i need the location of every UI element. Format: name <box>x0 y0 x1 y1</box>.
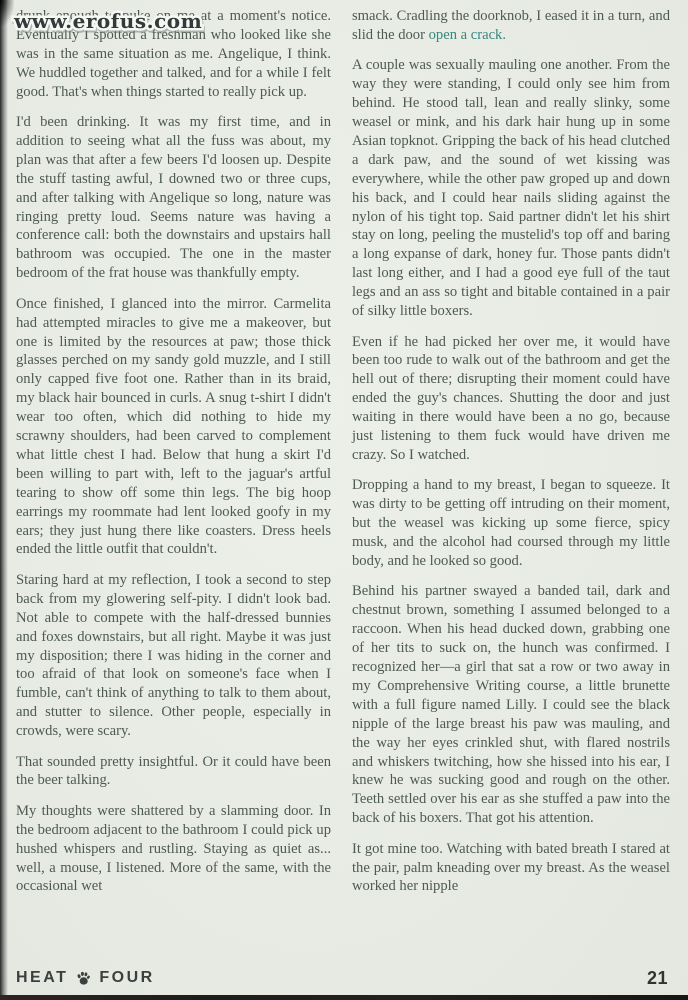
magazine-title-word1: HEAT <box>16 969 68 987</box>
paragraph-left-4: Staring hard at my reflection, I took a … <box>16 571 331 741</box>
paragraph-right-2: A couple was sexually mauling one anothe… <box>352 56 670 321</box>
paragraph-left-2: I'd been drinking. It was my first time,… <box>16 113 331 283</box>
paragraph-right-3: Even if he had picked her over me, it wo… <box>352 333 670 465</box>
scan-edge-left <box>0 0 8 1000</box>
text-column-right: smack. Cradling the doorknob, I eased it… <box>352 7 670 896</box>
paragraph-left-6: My thoughts were shattered by a slamming… <box>16 802 331 897</box>
paragraph-right-5: Behind his partner swayed a banded tail,… <box>352 582 670 828</box>
paw-icon <box>76 971 91 986</box>
page-number: 21 <box>647 968 668 989</box>
magazine-title-word2: FOUR <box>99 969 154 987</box>
scan-edge-bottom <box>0 995 688 1000</box>
paragraph-right-4: Dropping a hand to my breast, I began to… <box>352 476 670 571</box>
watermark: www.erofus.com <box>10 3 205 37</box>
watermark-text: www.erofus.com <box>13 9 202 33</box>
text-column-left: drunk enough to puke on me at a moment's… <box>16 7 331 896</box>
paragraph-left-5: That sounded pretty insightful. Or it co… <box>16 753 331 791</box>
paragraph-right-1-lead: smack. Cradling the doorknob, I eased it… <box>352 8 670 43</box>
magazine-title: HEAT FOUR <box>16 969 155 987</box>
paragraph-right-6: It got mine too. Watching with bated bre… <box>352 840 670 897</box>
text-body: drunk enough to puke on me at a moment's… <box>16 7 670 896</box>
paragraph-right-1: smack. Cradling the doorknob, I eased it… <box>352 7 670 45</box>
paragraph-right-1-highlight: open a crack. <box>429 27 506 43</box>
magazine-page: drunk enough to puke on me at a moment's… <box>0 0 688 1000</box>
paragraph-left-3: Once finished, I glanced into the mirror… <box>16 295 331 560</box>
page-footer: HEAT FOUR 21 <box>16 965 668 991</box>
